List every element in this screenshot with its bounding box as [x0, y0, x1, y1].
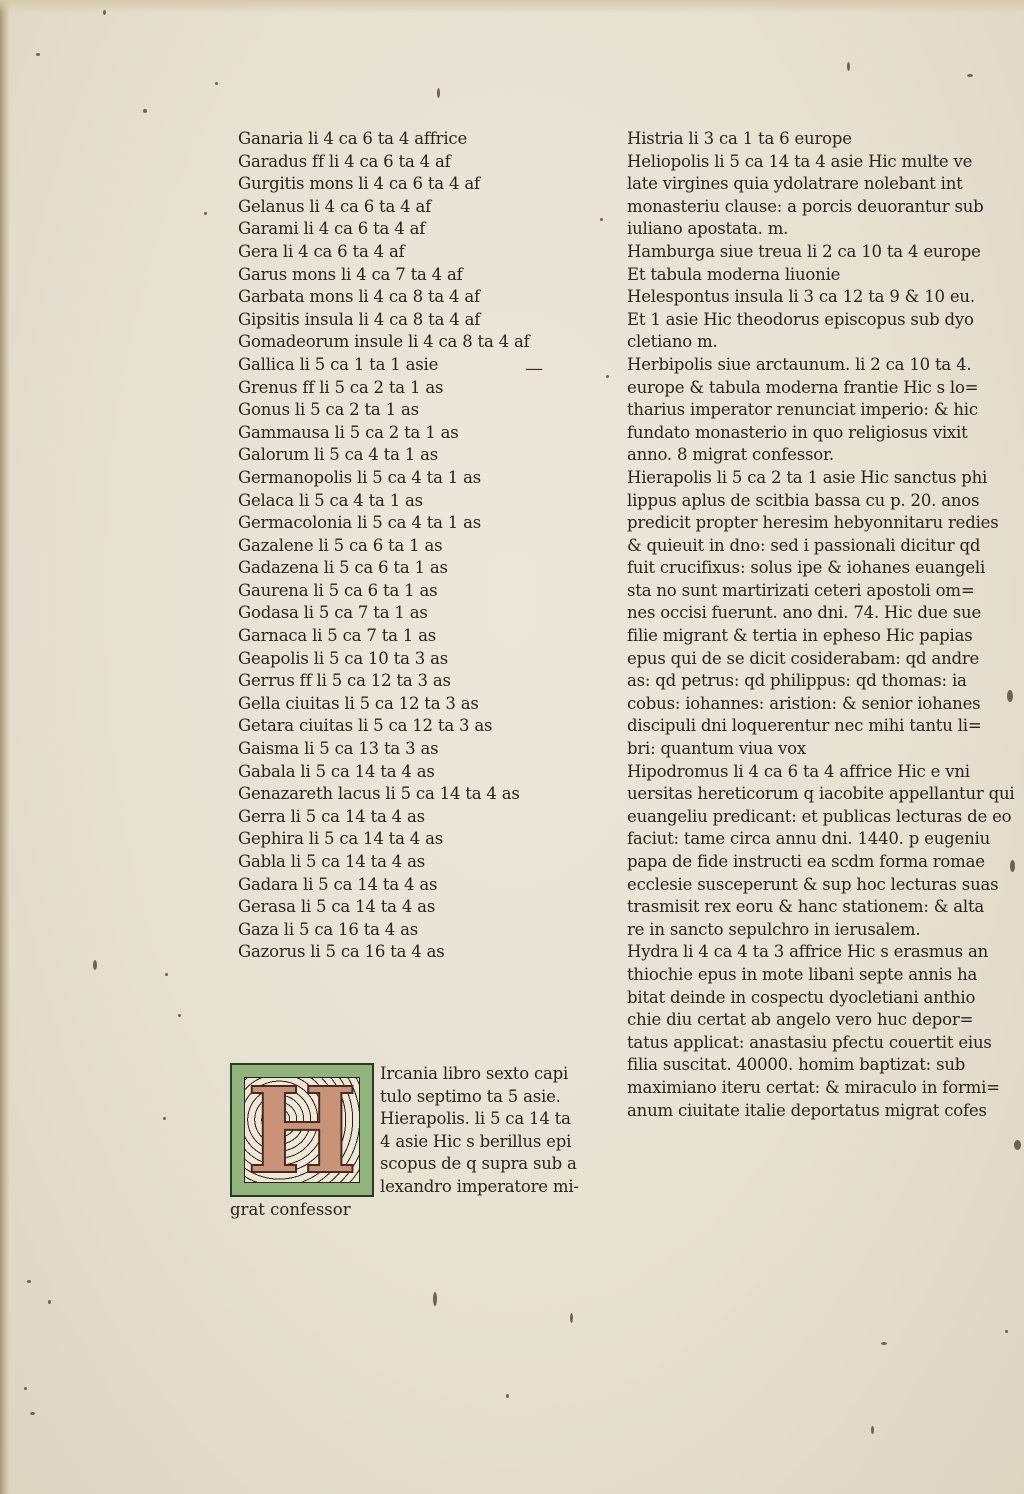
paragraph-line: tulo septimo ta 5 asie. [380, 1086, 579, 1109]
page-scan: — Ganaria li 4 ca 6 ta 4 affrice Garadus… [0, 0, 1024, 1494]
foxing-speck [165, 973, 168, 976]
foxing-speck [204, 212, 207, 215]
index-entry: Germacolonia li 5 ca 4 ta 1 as [238, 512, 530, 535]
initial-green-frame: H [230, 1063, 374, 1197]
foxing-speck [967, 74, 973, 77]
page-top-stain [0, 0, 1024, 14]
foxing-speck [215, 82, 218, 85]
index-entry: Gaurena li 5 ca 6 ta 1 as [238, 580, 530, 603]
foxing-speck [163, 1117, 166, 1120]
entry-line: Et 1 asie Hic theodorus episcopus sub dy… [627, 309, 967, 332]
index-entry: Gella ciuitas li 5 ca 12 ta 3 as [238, 693, 530, 716]
entry-line: trasmisit rex eoru & hanc stationem: & a… [627, 896, 967, 919]
index-entry: Gera li 4 ca 6 ta 4 af [238, 241, 530, 264]
entry-line: as: qd petrus: qd philippus: qd thomas: … [627, 670, 967, 693]
index-entry: Garnaca li 5 ca 7 ta 1 as [238, 625, 530, 648]
index-entry: Gerra li 5 ca 14 ta 4 as [238, 806, 530, 829]
entry-line: fuit crucifixus: solus ipe & iohanes eua… [627, 557, 967, 580]
foxing-speck [30, 1412, 35, 1415]
foxing-speck [871, 1426, 874, 1434]
foxing-speck [27, 1280, 31, 1283]
index-entry: Gipsitis insula li 4 ca 8 ta 4 af [238, 309, 530, 332]
entry-line: Hydra li 4 ca 4 ta 3 affrice Hic s erasm… [627, 941, 967, 964]
initial-paragraph: Ircania libro sexto capi tulo septimo ta… [380, 1063, 579, 1199]
index-entry: Gabla li 5 ca 14 ta 4 as [238, 851, 530, 874]
entry-line: monasteriu clause: a porcis deuorantur s… [627, 196, 967, 219]
index-entry: Germanopolis li 5 ca 4 ta 1 as [238, 467, 530, 490]
index-entry: Gephira li 5 ca 14 ta 4 as [238, 828, 530, 851]
entry-line: ecclesie susceperunt & sup hoc lecturas … [627, 874, 967, 897]
index-entry: Genazareth lacus li 5 ca 14 ta 4 as [238, 783, 530, 806]
index-entry: Geapolis li 5 ca 10 ta 3 as [238, 648, 530, 671]
foxing-speck [143, 109, 147, 113]
entry-line: filie migrant & tertia in ephesо Hic pap… [627, 625, 967, 648]
entry-line: faciut: tame circa annu dni. 1440. p eug… [627, 828, 967, 851]
index-entry: Garus mons li 4 ca 7 ta 4 af [238, 264, 530, 287]
entry-line: Heliopolis li 5 ca 14 ta 4 asie Hic mult… [627, 151, 967, 174]
index-entry: Gadara li 5 ca 14 ta 4 as [238, 874, 530, 897]
entry-line: discipuli dni loquerentur nec mihi tantu… [627, 715, 967, 738]
entry-line: predicit propter heresim hebyonnitaru re… [627, 512, 967, 535]
entry-line: Herbipolis siue arctaunum. li 2 ca 10 ta… [627, 354, 967, 377]
entry-line: Helespontus insula li 3 ca 12 ta 9 & 10 … [627, 286, 967, 309]
initial-paragraph-tail: grat confessor [230, 1199, 351, 1222]
entry-line: sta no sunt martirizati ceteri apostoli … [627, 580, 967, 603]
foxing-speck [606, 375, 609, 378]
index-entry: Gelaca li 5 ca 4 ta 1 as [238, 490, 530, 513]
foxing-speck [1010, 860, 1015, 872]
entry-line: Hierapolis li 5 ca 2 ta 1 asie Hic sanct… [627, 467, 967, 490]
index-entry: Gammausa li 5 ca 2 ta 1 as [238, 422, 530, 445]
paragraph-line: 4 asie Hic s berillus epi [380, 1131, 579, 1154]
foxing-speck [847, 62, 850, 71]
entry-line: chie diu certat ab angelo vero huc depor… [627, 1009, 967, 1032]
entry-line: bitat deinde in cospectu dyocletiani ant… [627, 987, 967, 1010]
index-entry: Gelanus li 4 ca 6 ta 4 af [238, 196, 530, 219]
index-entry: Galorum li 5 ca 4 ta 1 as [238, 444, 530, 467]
index-entry: Gabala li 5 ca 14 ta 4 as [238, 761, 530, 784]
entry-line: fundato monasterio in quo religiosus vix… [627, 422, 967, 445]
entry-line: anum ciuitate italie deportatus migrat c… [627, 1100, 967, 1123]
initial-foliate-ornament: H [244, 1077, 360, 1183]
entry-line: cletiano m. [627, 331, 967, 354]
entry-line: nes occisi fuerunt. ano dni. 74. Hic due… [627, 602, 967, 625]
foxing-speck [24, 1387, 27, 1390]
index-entry: Gurgitis mons li 4 ca 6 ta 4 af [238, 173, 530, 196]
foxing-speck [48, 1300, 51, 1304]
foxing-speck [506, 1394, 509, 1398]
index-entry: Gerasa li 5 ca 14 ta 4 as [238, 896, 530, 919]
foxing-speck [600, 218, 603, 221]
foxing-speck [433, 1292, 437, 1306]
foxing-speck [103, 10, 106, 15]
paragraph-line: lexandro imperatore mi- [380, 1176, 579, 1199]
index-entry: Garadus ff li 4 ca 6 ta 4 af [238, 151, 530, 174]
foxing-speck [881, 1342, 887, 1345]
entry-line: papa de fide instructi ea scdm forma rom… [627, 851, 967, 874]
decorated-initial: H [230, 1063, 374, 1197]
entry-line: euangeliu predicant: et publicas lectura… [627, 806, 967, 829]
entry-line: re in sancto sepulchro in ierusalem. [627, 919, 967, 942]
initial-letter-h: H [245, 1077, 359, 1183]
index-entry: Gaisma li 5 ca 13 ta 3 as [238, 738, 530, 761]
index-entry: Getara ciuitas li 5 ca 12 ta 3 as [238, 715, 530, 738]
index-entry: Gerrus ff li 5 ca 12 ta 3 as [238, 670, 530, 693]
foxing-speck [570, 1313, 573, 1323]
index-entry: Gadazena li 5 ca 6 ta 1 as [238, 557, 530, 580]
index-entry: Gazorus li 5 ca 16 ta 4 as [238, 941, 530, 964]
index-entry: Garami li 4 ca 6 ta 4 af [238, 218, 530, 241]
foxing-speck [36, 53, 40, 56]
entry-line: Histria li 3 ca 1 ta 6 europe [627, 128, 967, 151]
paragraph-line: Ircania libro sexto capi [380, 1063, 579, 1086]
foxing-speck [93, 960, 97, 970]
entry-line: europe & tabula moderna frantie Hic s lo… [627, 377, 967, 400]
entry-line: thiochie epus in mote libani septe annis… [627, 964, 967, 987]
foxing-speck [1005, 1330, 1008, 1333]
entry-line: cobus: iohannes: aristion: & senior ioha… [627, 693, 967, 716]
index-entry: Gallica li 5 ca 1 ta 1 asie [238, 354, 530, 377]
entry-line: uersitas hereticorum q iacobite appellan… [627, 783, 967, 806]
index-entry: Gomadeorum insule li 4 ca 8 ta 4 af [238, 331, 530, 354]
paragraph-line: scopus de q supra sub a [380, 1153, 579, 1176]
entry-line: Hipodromus li 4 ca 6 ta 4 affrice Hic e … [627, 761, 967, 784]
entry-line: epus qui de se dicit cosiderabam: qd and… [627, 648, 967, 671]
index-entry: Garbata mons li 4 ca 8 ta 4 af [238, 286, 530, 309]
index-entry: Gonus li 5 ca 2 ta 1 as [238, 399, 530, 422]
entry-line: Hamburga siue treua li 2 ca 10 ta 4 euro… [627, 241, 967, 264]
foxing-speck [1007, 690, 1013, 702]
entry-line: maximiano iteru certat: & miraculo in fo… [627, 1077, 967, 1100]
entry-line: iuliano apostata. m. [627, 218, 967, 241]
right-column-index: Histria li 3 ca 1 ta 6 europe Heliopolis… [627, 128, 967, 1122]
index-entry: Ganaria li 4 ca 6 ta 4 affrice [238, 128, 530, 151]
index-entry: Gazalene li 5 ca 6 ta 1 as [238, 535, 530, 558]
foxing-speck [437, 88, 440, 98]
entry-line: tharius imperator renunciat imperio: & h… [627, 399, 967, 422]
entry-line: filia suscitat. 40000. homim baptizat: s… [627, 1054, 967, 1077]
foxing-speck [1014, 1140, 1021, 1150]
page-edge-shadow [0, 0, 10, 1494]
entry-line: Et tabula moderna liuonie [627, 264, 967, 287]
entry-line: lippus aplus de scitbia bassa cu p. 20. … [627, 490, 967, 513]
index-entry: Grenus ff li 5 ca 2 ta 1 as [238, 377, 530, 400]
entry-line: late virgines quia ydolatrare nolebant i… [627, 173, 967, 196]
entry-line: tatus applicat: anastasiu pfectu couerti… [627, 1032, 967, 1055]
foxing-speck [178, 1014, 181, 1017]
left-column-index: Ganaria li 4 ca 6 ta 4 affrice Garadus f… [238, 128, 530, 964]
paragraph-line: Hierapolis. li 5 ca 14 ta [380, 1108, 579, 1131]
index-entry: Gaza li 5 ca 16 ta 4 as [238, 919, 530, 942]
entry-line: anno. 8 migrat confessor. [627, 444, 967, 467]
entry-line: & quieuit in dno: sed i passionali dicit… [627, 535, 967, 558]
entry-line: bri: quantum viua vox [627, 738, 967, 761]
index-entry: Godasa li 5 ca 7 ta 1 as [238, 602, 530, 625]
